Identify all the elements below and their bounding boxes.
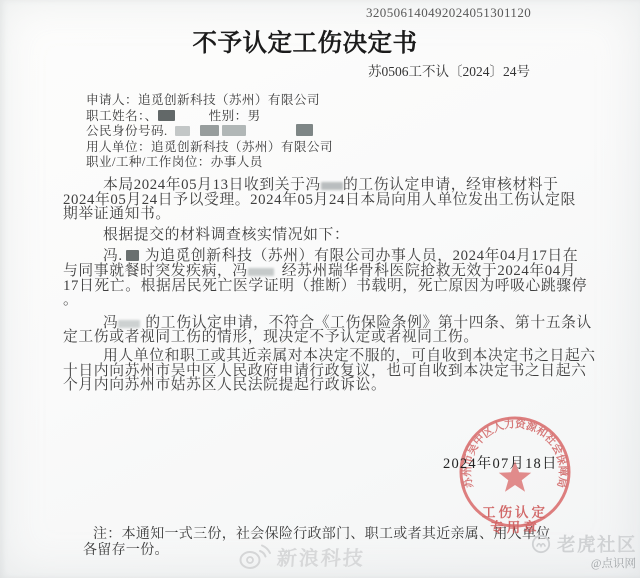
occupation-line: 职业/工种/工作岗位：办事人员 — [63, 155, 579, 171]
text-segment: 为追觅创新科技（苏州）有限公司办事人员，2024年04月17日在 — [145, 248, 579, 264]
text-segment: 用人单位和职工或其近亲属对本决定不服的，可自收到本决定书之日起六 — [103, 348, 596, 364]
text-segment: 性别：男 — [209, 109, 261, 123]
dianshiwang-handle-watermark: @点识网 — [591, 555, 636, 571]
scanned-document-page: 320506140492024051301120 不予认定工伤决定书 苏0506… — [0, 0, 640, 578]
para-appeal-l1: 用人单位和职工或其近亲属对本决定不服的，可自收到本决定书之日起六 — [63, 349, 579, 364]
employer-line: 用人单位：追觅创新科技（苏州）有限公司 — [63, 140, 579, 156]
decision-text-section: 本局2024年05月13日收到关于冯的工伤认定申请，经审核材料于2024年05月… — [63, 178, 579, 393]
para-receipt-l3: 期举证通知书。 — [63, 207, 579, 222]
text-segment: 。 — [63, 292, 78, 308]
para-receipt-l2: 2024年05月24日予以受理。2024年05月24日本局向用人单位发出工伤认定… — [63, 193, 579, 208]
text-segment: 用人单位：追觅创新科技（苏州）有限公司 — [86, 140, 333, 154]
text-segment: 经苏州瑞华骨科医院抢救无效于2024年04月 — [282, 263, 576, 279]
redaction-block — [296, 124, 313, 136]
para-facts-l1: 冯.为追觅创新科技（苏州）有限公司办事人员，2024年04月17日在 — [63, 249, 579, 264]
text-segment: 申请人：追觅创新科技（苏州）有限公司 — [86, 93, 320, 107]
para-appeal-l3: 个月内向苏州市姑苏区人民法院提起行政诉讼。 — [63, 378, 579, 393]
para-investigation-heading: 根据提交的材料调查核实情况如下： — [63, 228, 579, 243]
document-body: 申请人：追觅创新科技（苏州）有限公司职工姓名：、性别：男公民身份号码.用人单位：… — [63, 93, 579, 393]
sina-tech-watermark: 新浪科技 — [238, 541, 365, 571]
text-segment: 期举证通知书。 — [63, 206, 171, 222]
text-segment: 根据提交的材料调查核实情况如下： — [103, 227, 349, 243]
text-segment: 职业/工种/工作岗位：办事人员 — [86, 155, 263, 169]
redaction-block — [126, 250, 139, 261]
decision-date: 2024年07月18日 — [443, 452, 558, 473]
applicant-line: 申请人：追觅创新科技（苏州）有限公司 — [63, 93, 579, 109]
para-appeal-l2: 十日内向苏州市吴中区人民政府申请行政复议，也可自收到本决定书之日起六 — [63, 364, 579, 379]
text-segment: 个月内向苏州市姑苏区人民法院提起行政诉讼。 — [63, 377, 386, 393]
text-segment: 职工姓名：、 — [86, 109, 158, 123]
para-receipt-l1: 本局2024年05月13日收到关于冯的工伤认定申请，经审核材料于 — [63, 178, 579, 193]
document-serial-number: 320506140492024051301120 — [366, 5, 531, 21]
text-segment: 冯. — [103, 248, 123, 264]
para-decision-l2: 定工伤或者视同工伤的情形，现决定不予认定或者视同工伤。 — [63, 330, 579, 345]
para-facts-l3: 17日死亡。根据居民死亡医学证明（推断）书载明，死亡原因为呼吸心跳骤停 — [63, 279, 579, 294]
redaction-block — [321, 182, 343, 190]
tiger-community-logo-icon — [531, 534, 551, 554]
text-segment: 17日死亡。根据居民死亡医学证明（推断）书载明，死亡原因为呼吸心跳骤停 — [63, 278, 587, 294]
text-segment: 与同事就餐时突发疾病，冯 — [63, 263, 248, 279]
id-number-line: 公民身份号码. — [63, 124, 579, 140]
redaction-block — [222, 125, 246, 136]
para-facts-l4: 。 — [63, 293, 579, 308]
redaction-block — [158, 110, 175, 121]
party-info-section: 申请人：追觅创新科技（苏州）有限公司职工姓名：、性别：男公民身份号码.用人单位：… — [63, 93, 579, 171]
seal-label-line1: 工伤认定 — [482, 504, 548, 520]
tiger-community-watermark-text: 老虎社区 — [557, 531, 637, 557]
text-segment: 的工伤认定申请，经审核材料于 — [343, 177, 559, 193]
sina-tech-watermark-text: 新浪科技 — [276, 542, 366, 571]
text-segment: 定工伤或者视同工伤的情形，现决定不予认定或者视同工伤。 — [63, 329, 479, 345]
redaction-block — [175, 126, 190, 136]
redaction-block — [248, 268, 274, 276]
redaction-block — [118, 320, 140, 328]
document-title: 不予认定工伤决定书 — [150, 24, 460, 59]
sina-weibo-eye-icon — [238, 541, 272, 571]
text-segment: 公民身份号码. — [86, 124, 168, 138]
tiger-community-watermark: 老虎社区 — [531, 531, 637, 557]
document-reference-number: 苏0506工不认〔2024〕24号 — [368, 60, 530, 80]
employee-name-line: 职工姓名：、性别：男 — [63, 109, 579, 125]
text-segment: 本局2024年05月13日收到关于冯 — [103, 177, 321, 193]
para-facts-l2: 与同事就餐时突发疾病，冯经苏州瑞华骨科医院抢救无效于2024年04月 — [63, 264, 579, 279]
redaction-block — [200, 125, 219, 136]
